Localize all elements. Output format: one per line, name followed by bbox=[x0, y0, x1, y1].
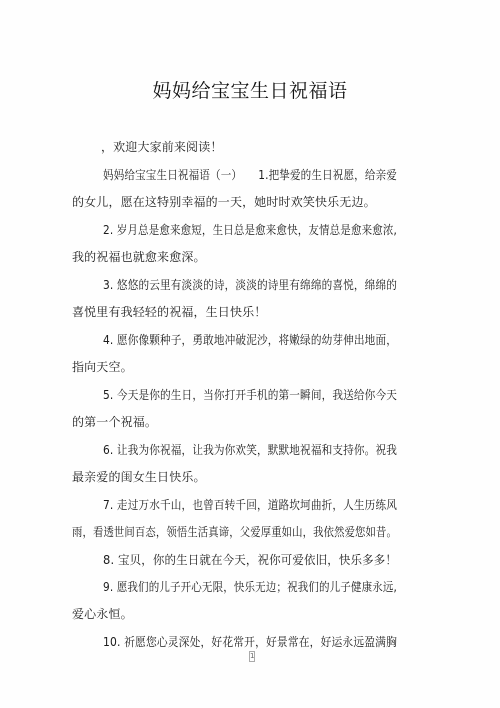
text-line: 爱心永恒。 bbox=[72, 605, 133, 622]
document-title: 妈妈给宝宝生日祝福语 bbox=[0, 76, 500, 103]
text-line: 8. 宝贝，你的生日就在今天，祝你可爱依旧，快乐多多！ bbox=[103, 551, 397, 568]
text-line: 3. 悠悠的云里有淡淡的诗，淡淡的诗里有绵绵的喜悦，绵绵的 bbox=[103, 276, 397, 293]
document-page: 妈妈给宝宝生日祝福语 ，欢迎大家前来阅读！妈妈给宝宝生日祝福语（一） 1.把挚爱… bbox=[0, 0, 500, 708]
text-line: 最亲爱的闺女生日快乐。 bbox=[72, 468, 206, 485]
text-line: 妈妈给宝宝生日祝福语（一） 1.把挚爱的生日祝愿，给亲爱 bbox=[103, 166, 397, 183]
text-line: 6. 让我为你祝福，让我为你欢笑，默默地祝福和支持你。祝我 bbox=[103, 441, 397, 458]
text-line: 7. 走过万水千山，也曾百转千回，道路坎坷曲折，人生历练风 bbox=[103, 496, 397, 513]
text-line: 9. 愿我们的儿子开心无限，快乐无边；祝我们的儿子健康永远, bbox=[103, 578, 397, 595]
text-line: 我的祝福也就愈来愈深。 bbox=[72, 248, 206, 265]
text-line: 的第一个祝福。 bbox=[72, 413, 157, 430]
text-line: 的女儿，愿在这特别幸福的一天，她时时欢笑快乐无边。 bbox=[72, 193, 376, 210]
text-line: 10. 祈愿您心灵深处，好花常开，好景常在，好运永远盈满胸 bbox=[103, 633, 397, 650]
text-line: 喜悦里有我轻轻的祝福，生日快乐！ bbox=[72, 303, 266, 320]
text-line: 4. 愿你像颗种子，勇敢地冲破泥沙，将嫩绿的幼芽伸出地面， bbox=[103, 331, 397, 348]
page-number: 1 bbox=[249, 651, 255, 662]
text-line: 指向天空。 bbox=[72, 358, 133, 375]
text-line: ，欢迎大家前来阅读！ bbox=[101, 138, 223, 155]
text-line: 2. 岁月总是愈来愈短，生日总是愈来愈快，友情总是愈来愈浓, bbox=[103, 221, 397, 238]
text-line: 5. 今天是你的生日，当你打开手机的第一瞬间，我送给你今天 bbox=[103, 386, 397, 403]
text-line: 雨，看透世间百态，领悟生活真谛，父爱厚重如山，我依然爱您如昔。 bbox=[72, 523, 397, 540]
